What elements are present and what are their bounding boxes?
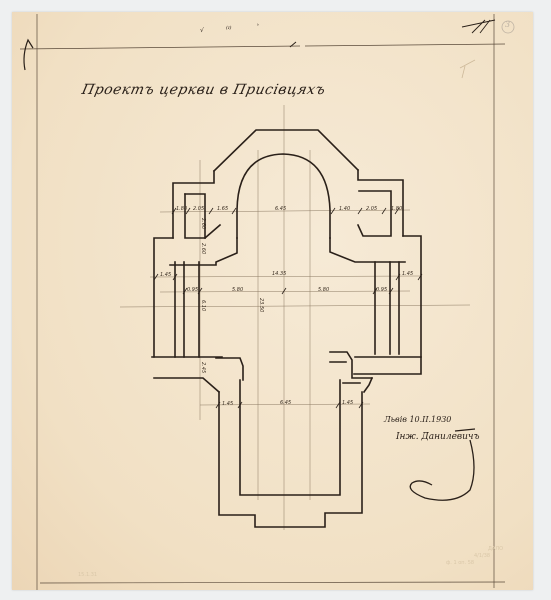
signature-flourish bbox=[410, 440, 474, 500]
dim-right-half: 5.80 bbox=[318, 287, 329, 293]
dim-lower-center: 6.45 bbox=[280, 400, 291, 406]
dim-cross-total: 14.35 bbox=[272, 271, 286, 277]
dim-lower-right: 1.45 bbox=[342, 400, 353, 406]
dim-left-aisle-outer: 1.45 bbox=[160, 272, 171, 278]
dim-upper-left-3: 1.65 bbox=[217, 206, 228, 212]
dim-vertical-mid-left: 2.60 bbox=[200, 243, 206, 254]
dim-left-vertical-lower: 2.45 bbox=[200, 362, 206, 373]
dim-left-aisle-inner: 0.95 bbox=[187, 287, 198, 293]
dim-left-vertical-mid: 6.10 bbox=[200, 300, 206, 311]
dim-upper-left-1: 1.80 bbox=[176, 206, 187, 212]
archive-stamp-line-3: ф. 1 оп. 58 bbox=[446, 560, 474, 566]
archive-stamp-bottom-left: 15.1.31 bbox=[78, 572, 97, 578]
archive-stamp-line-1: ДАЛО bbox=[488, 546, 503, 552]
dim-right-aisle-inner: 0.95 bbox=[376, 287, 387, 293]
top-mark-2: (ɪ) bbox=[226, 25, 232, 31]
dim-upper-left-2: 2.05 bbox=[193, 206, 204, 212]
corner-mark bbox=[24, 40, 33, 70]
plan-walls bbox=[152, 130, 421, 527]
dim-center-length: 23.50 bbox=[258, 298, 264, 312]
dim-left-half: 5.80 bbox=[232, 287, 243, 293]
top-mark-1: √ bbox=[200, 27, 204, 34]
dim-vertical-upper-left: 2.60 bbox=[200, 218, 206, 229]
dim-lower-left: 1.45 bbox=[222, 401, 233, 407]
dim-upper-right-1: 1.40 bbox=[339, 206, 350, 212]
archive-stamp-line-2: 4/1/38 bbox=[474, 553, 490, 559]
drawing-title: Проектъ церкви в Присівцяхъ bbox=[80, 82, 327, 98]
circled-sheet-number: 3 bbox=[505, 20, 510, 29]
sheet-number-mark bbox=[462, 20, 495, 33]
dim-upper-right-3: 1.80 bbox=[391, 206, 402, 212]
dim-upper-right-2: 2.05 bbox=[366, 206, 377, 212]
top-mark-3: ᵇ bbox=[257, 23, 259, 29]
dim-right-aisle-outer: 1.45 bbox=[402, 271, 413, 277]
construction-lines bbox=[120, 105, 470, 530]
signature-name: Інж. Данилевичъ bbox=[396, 432, 480, 442]
dim-upper-center: 6.45 bbox=[275, 206, 286, 212]
signature-date: Львів 10.II.1930 bbox=[384, 415, 451, 424]
